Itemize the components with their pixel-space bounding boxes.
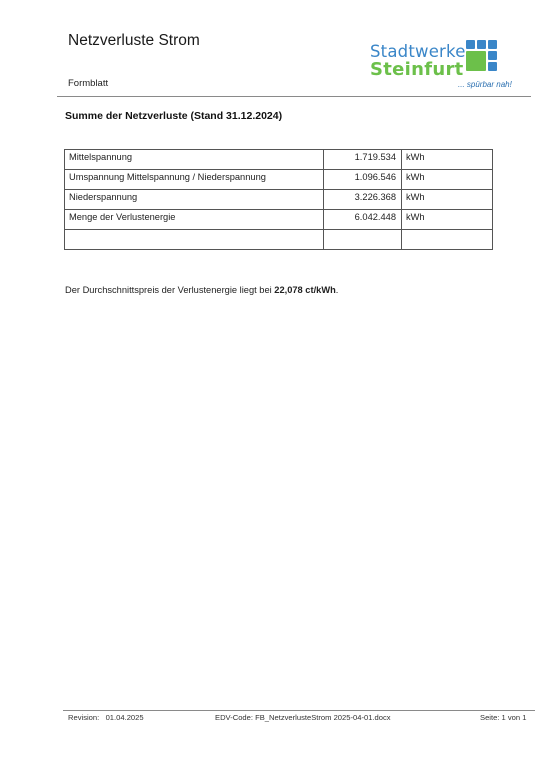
row-unit: kWh xyxy=(402,210,493,230)
row-value: 1.719.534 xyxy=(324,150,402,170)
table-row xyxy=(65,230,493,250)
footer-divider xyxy=(63,710,535,711)
row-label xyxy=(65,230,324,250)
row-label: Mittelspannung xyxy=(65,150,324,170)
row-unit: kWh xyxy=(402,190,493,210)
company-logo: Stadtwerke Steinfurt ... spürbar nah! xyxy=(370,40,535,96)
revision-label: Revision: xyxy=(68,713,99,722)
revision-date: 01.04.2025 xyxy=(106,713,144,722)
row-value: 1.096.546 xyxy=(324,170,402,190)
footer-revision: Revision: 01.04.2025 xyxy=(68,713,144,722)
document-type: Formblatt xyxy=(68,78,108,89)
row-value xyxy=(324,230,402,250)
logo-tagline: ... spürbar nah! xyxy=(458,80,512,89)
document-title: Netzverluste Strom xyxy=(68,32,200,50)
average-price-prefix: Der Durchschnittspreis der Verlustenergi… xyxy=(65,285,274,295)
row-unit: kWh xyxy=(402,170,493,190)
table-row: Niederspannung3.226.368kWh xyxy=(65,190,493,210)
row-unit: kWh xyxy=(402,150,493,170)
row-label: Niederspannung xyxy=(65,190,324,210)
grid-squares-logo-icon xyxy=(466,40,496,70)
logo-text-steinfurt: Steinfurt xyxy=(370,59,464,80)
grid-losses-table: Mittelspannung1.719.534kWhUmspannung Mit… xyxy=(64,149,493,250)
table-row: Menge der Verlustenergie6.042.448kWh xyxy=(65,210,493,230)
row-value: 6.042.448 xyxy=(324,210,402,230)
row-unit xyxy=(402,230,493,250)
table-row: Mittelspannung1.719.534kWh xyxy=(65,150,493,170)
table-row: Umspannung Mittelspannung / Niederspannu… xyxy=(65,170,493,190)
row-label: Menge der Verlustenergie xyxy=(65,210,324,230)
average-price-statement: Der Durchschnittspreis der Verlustenergi… xyxy=(65,285,338,295)
footer-edv-code: EDV-Code: FB_NetzverlusteStrom 2025-04-0… xyxy=(215,713,391,722)
row-value: 3.226.368 xyxy=(324,190,402,210)
section-title: Summe der Netzverluste (Stand 31.12.2024… xyxy=(65,110,282,122)
footer-page-number: Seite: 1 von 1 xyxy=(480,713,526,722)
average-price-value: 22,078 ct/kWh xyxy=(274,285,336,295)
average-price-suffix: . xyxy=(336,285,339,295)
row-label: Umspannung Mittelspannung / Niederspannu… xyxy=(65,170,324,190)
header-divider xyxy=(57,96,531,97)
